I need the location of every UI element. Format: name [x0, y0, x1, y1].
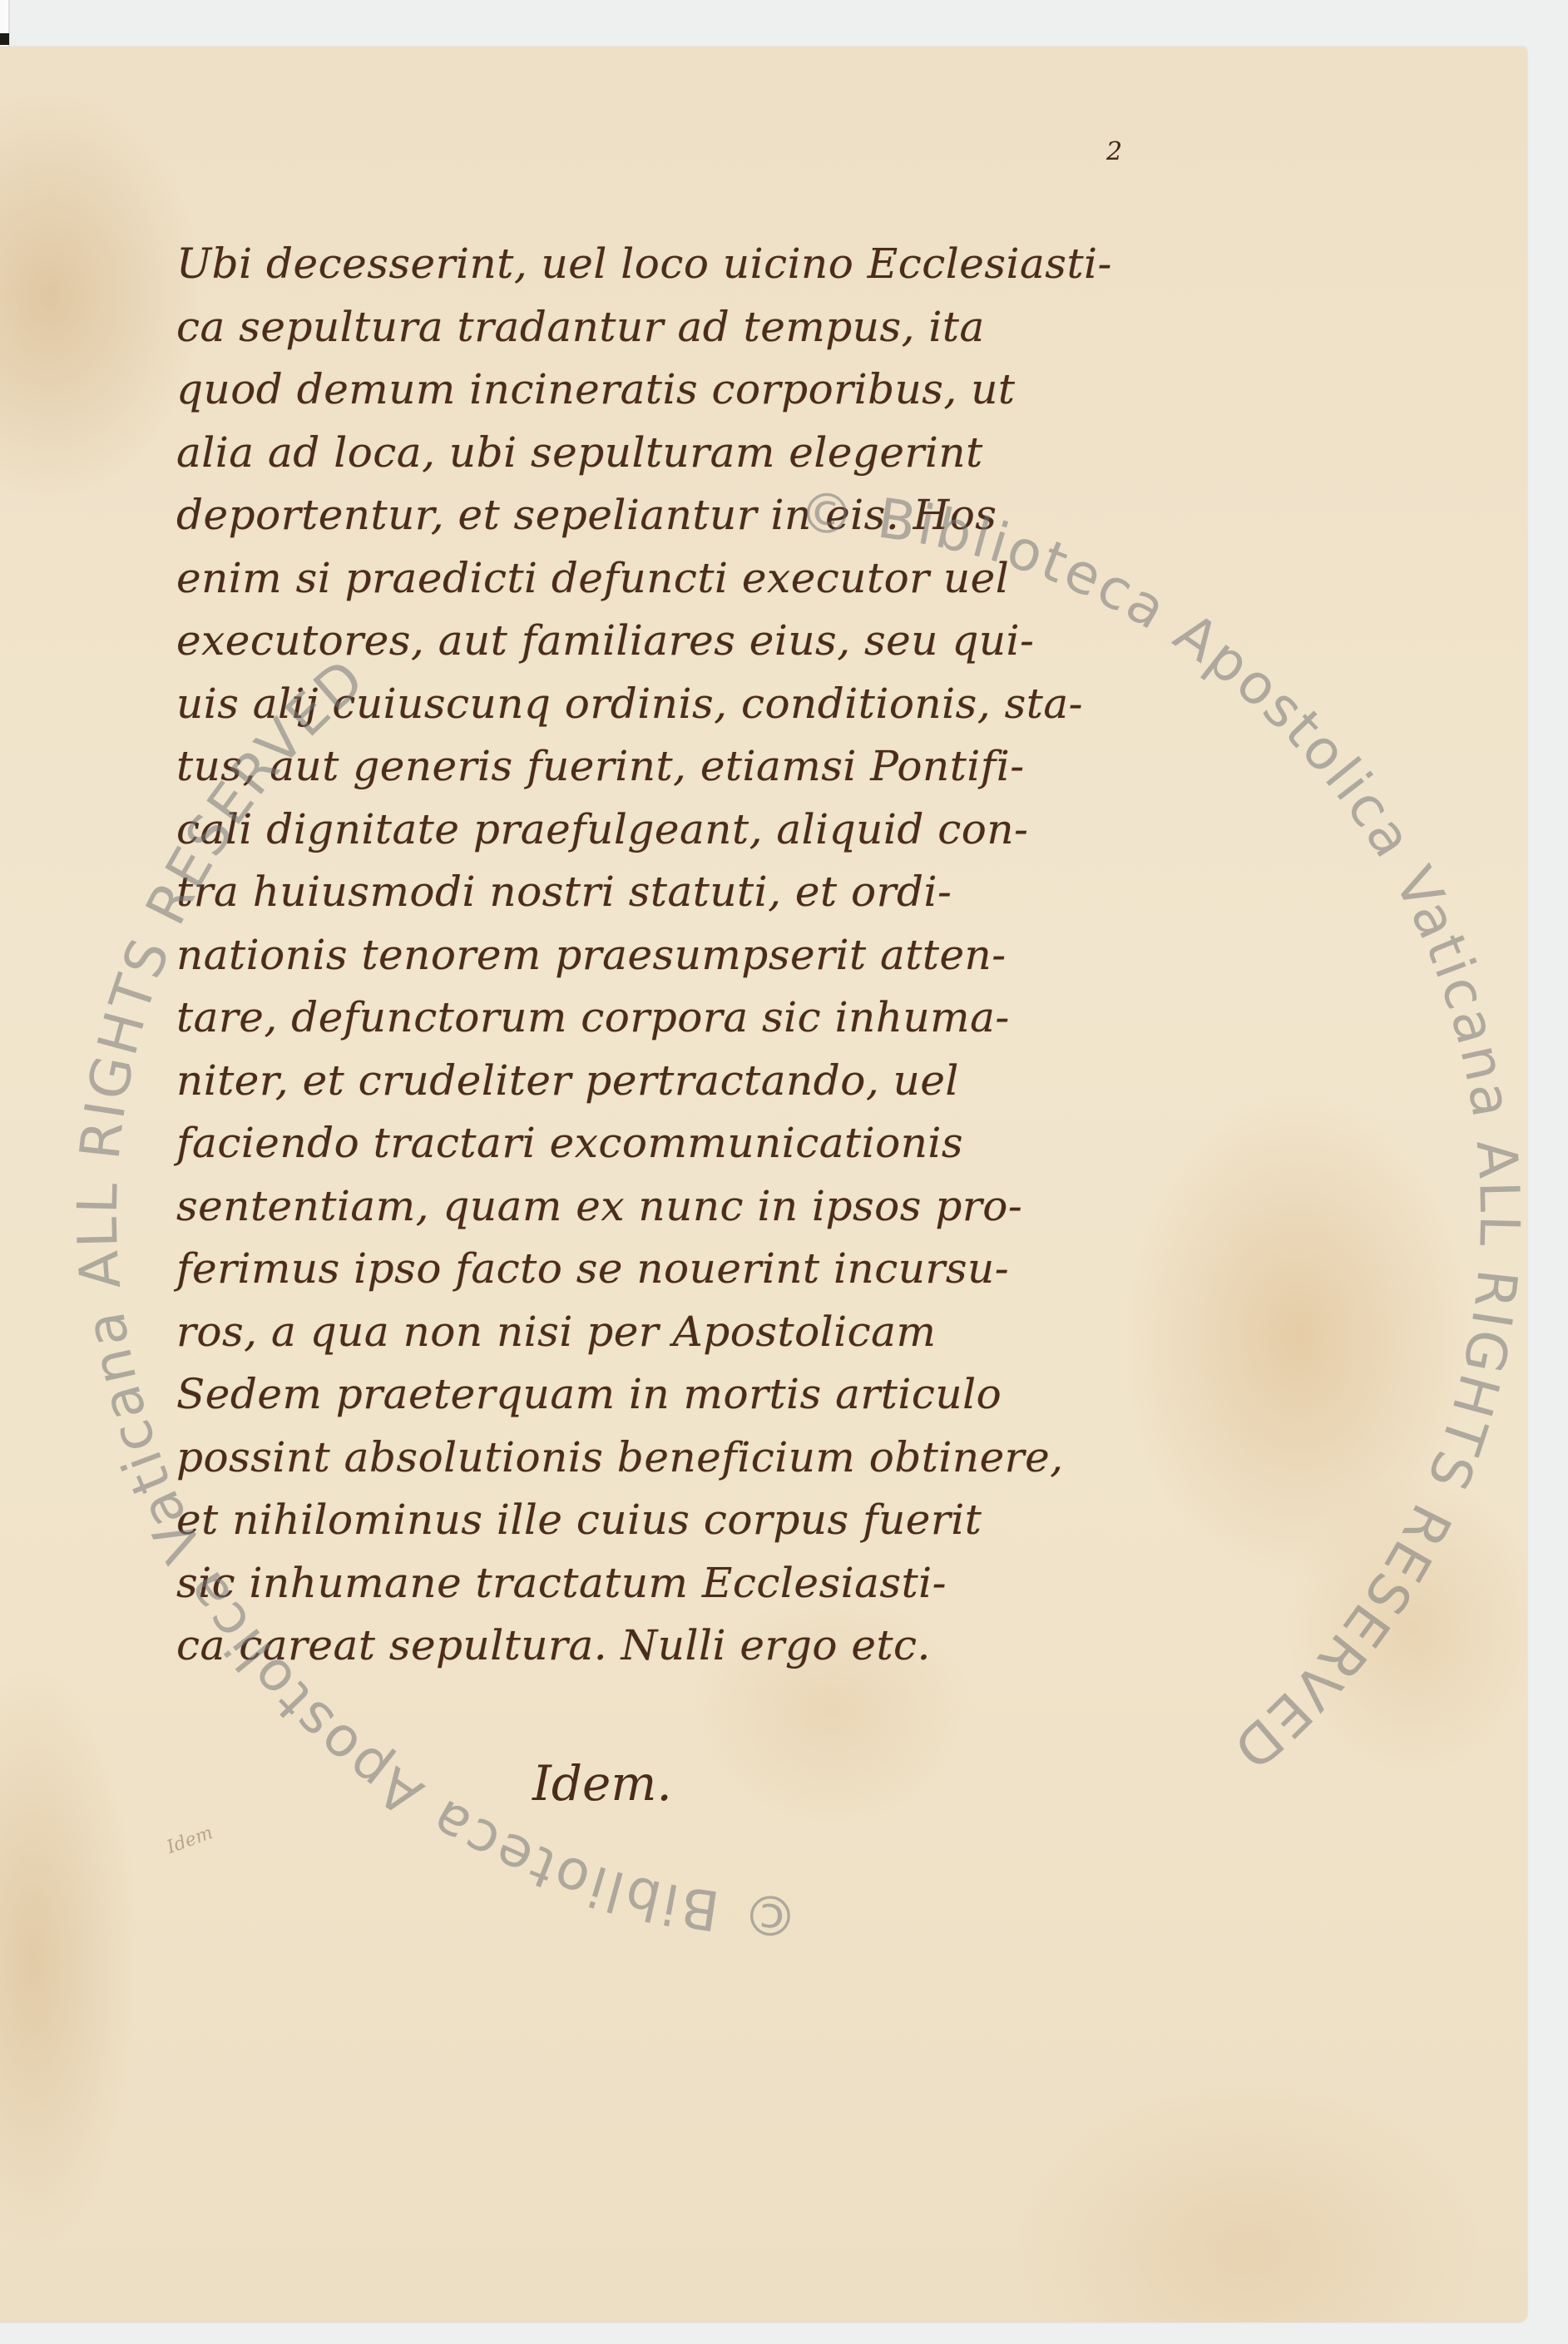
closing-heading: Idem.	[532, 1755, 672, 1812]
text-line: Ubi decesserint, uel loco uicino Ecclesi…	[176, 233, 1291, 296]
text-line: niter, et crudeliter pertractando, uel	[176, 1050, 1291, 1113]
text-line: et nihilominus ille cuius corpus fuerit	[176, 1489, 1291, 1552]
text-line: nationis tenorem praesumpserit atten-	[176, 924, 1291, 987]
text-line: executores, aut familiares eius, seu qui…	[176, 610, 1291, 673]
folio-number: 2	[1106, 137, 1122, 166]
text-line: alia ad loca, ubi sepulturam elegerint	[176, 422, 1291, 485]
text-line: ca careat sepultura. Nulli ergo etc.	[176, 1615, 1291, 1678]
text-line: tra huiusmodi nostri statuti, et ordi-	[176, 861, 1291, 924]
text-line: ca sepultura tradantur ad tempus, ita	[176, 296, 1291, 359]
text-line: tus, aut generis fuerint, etiamsi Pontif…	[176, 735, 1291, 799]
text-line: ferimus ipso facto se nouerint incursu-	[176, 1238, 1291, 1301]
text-line: faciendo tractari excommunicationis	[176, 1112, 1291, 1175]
text-line: sententiam, quam ex nunc in ipsos pro-	[176, 1175, 1291, 1239]
text-line: deportentur, et sepeliantur in eis. Hos	[176, 484, 1291, 547]
scan-color-bar	[0, 33, 9, 45]
text-line: cali dignitate praefulgeant, aliquid con…	[176, 799, 1291, 862]
manuscript-text: Ubi decesserint, uel loco uicino Ecclesi…	[176, 233, 1291, 1678]
text-line: quod demum incineratis corporibus, ut	[176, 359, 1291, 422]
text-line: possint absolutionis beneficium obtinere…	[176, 1427, 1291, 1490]
text-line: ros, a qua non nisi per Apostolicam	[176, 1301, 1291, 1364]
text-line: tare, defunctorum corpora sic inhuma-	[176, 987, 1291, 1050]
text-line: uis alij cuiuscunq ordinis, conditionis,…	[176, 673, 1291, 736]
text-line: sic inhumane tractatum Ecclesiasti-	[176, 1552, 1291, 1615]
text-line: Sedem praeterquam in mortis articulo	[176, 1363, 1291, 1427]
text-line: enim si praedicti defuncti executor uel	[176, 547, 1291, 611]
